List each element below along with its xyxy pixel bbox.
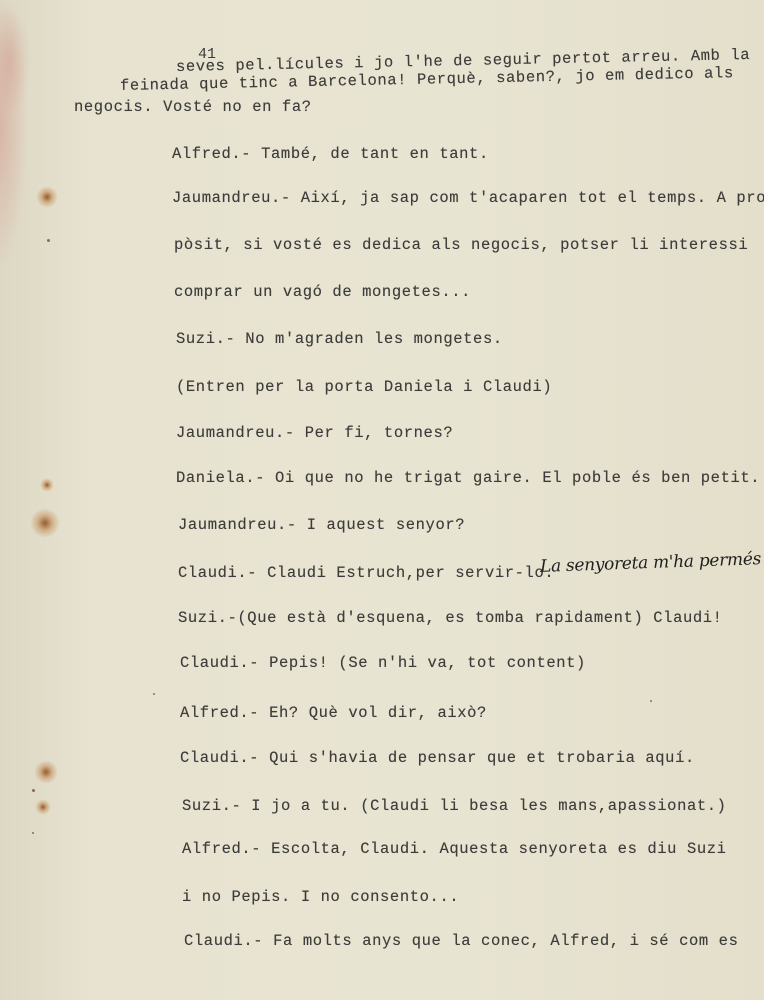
rust-stain: [35, 799, 51, 815]
rust-stain: [36, 186, 58, 208]
dialogue-line-claudi: Claudi.- Claudi Estruch,per servir-lo.: [178, 564, 554, 582]
dialogue-line-jaumandreu: Jaumandreu.- Per fi, tornes?: [176, 424, 453, 442]
ink-speck: [47, 239, 50, 242]
rust-stain: [40, 478, 54, 492]
ink-speck: [153, 693, 155, 695]
dialogue-line-claudi: Claudi.- Qui s'havia de pensar que et tr…: [180, 749, 695, 767]
dialogue-line-claudi: Claudi.- Fa molts anys que la conec, Alf…: [184, 932, 738, 950]
text-line: pòsit, si vosté es dedica als negocis, p…: [174, 236, 748, 254]
handwritten-annotation: La senyoreta m'ha permés: [540, 549, 762, 577]
dialogue-line-claudi: Claudi.- Pepis! (Se n'hi va, tot content…: [180, 654, 586, 672]
dialogue-line-suzi: Suzi.- I jo a tu. (Claudi li besa les ma…: [182, 797, 727, 815]
dialogue-line-jaumandreu: Jaumandreu.- I aquest senyor?: [178, 516, 465, 534]
typewritten-page: 41 seves pel.lícules i jo l'he de seguir…: [0, 0, 764, 1000]
ink-speck: [32, 832, 34, 834]
dialogue-line-alfred: Alfred.- També, de tant en tant.: [172, 145, 489, 163]
dialogue-line-alfred: Alfred.- Eh? Què vol dir, això?: [180, 704, 487, 722]
text-line: negocis. Vosté no en fa?: [74, 98, 312, 116]
stage-direction: (Entren per la porta Daniela i Claudi): [176, 378, 552, 396]
ink-speck: [650, 700, 652, 702]
dialogue-line-suzi: Suzi.- No m'agraden les mongetes.: [176, 330, 503, 348]
dialogue-line-suzi: Suzi.-(Que està d'esquena, es tomba rapi…: [178, 609, 723, 627]
dialogue-line-alfred: Alfred.- Escolta, Claudi. Aquesta senyor…: [182, 840, 727, 858]
dialogue-line-jaumandreu: Jaumandreu.- Així, ja sap com t'acaparen…: [172, 189, 764, 207]
dialogue-line-daniela: Daniela.- Oi que no he trigat gaire. El …: [176, 469, 760, 487]
rust-stain: [30, 508, 60, 538]
text-line: comprar un vagó de mongetes...: [174, 283, 471, 301]
text-line: i no Pepis. I no consento...: [182, 888, 459, 906]
rust-stain: [34, 760, 58, 784]
ink-speck: [32, 789, 35, 792]
